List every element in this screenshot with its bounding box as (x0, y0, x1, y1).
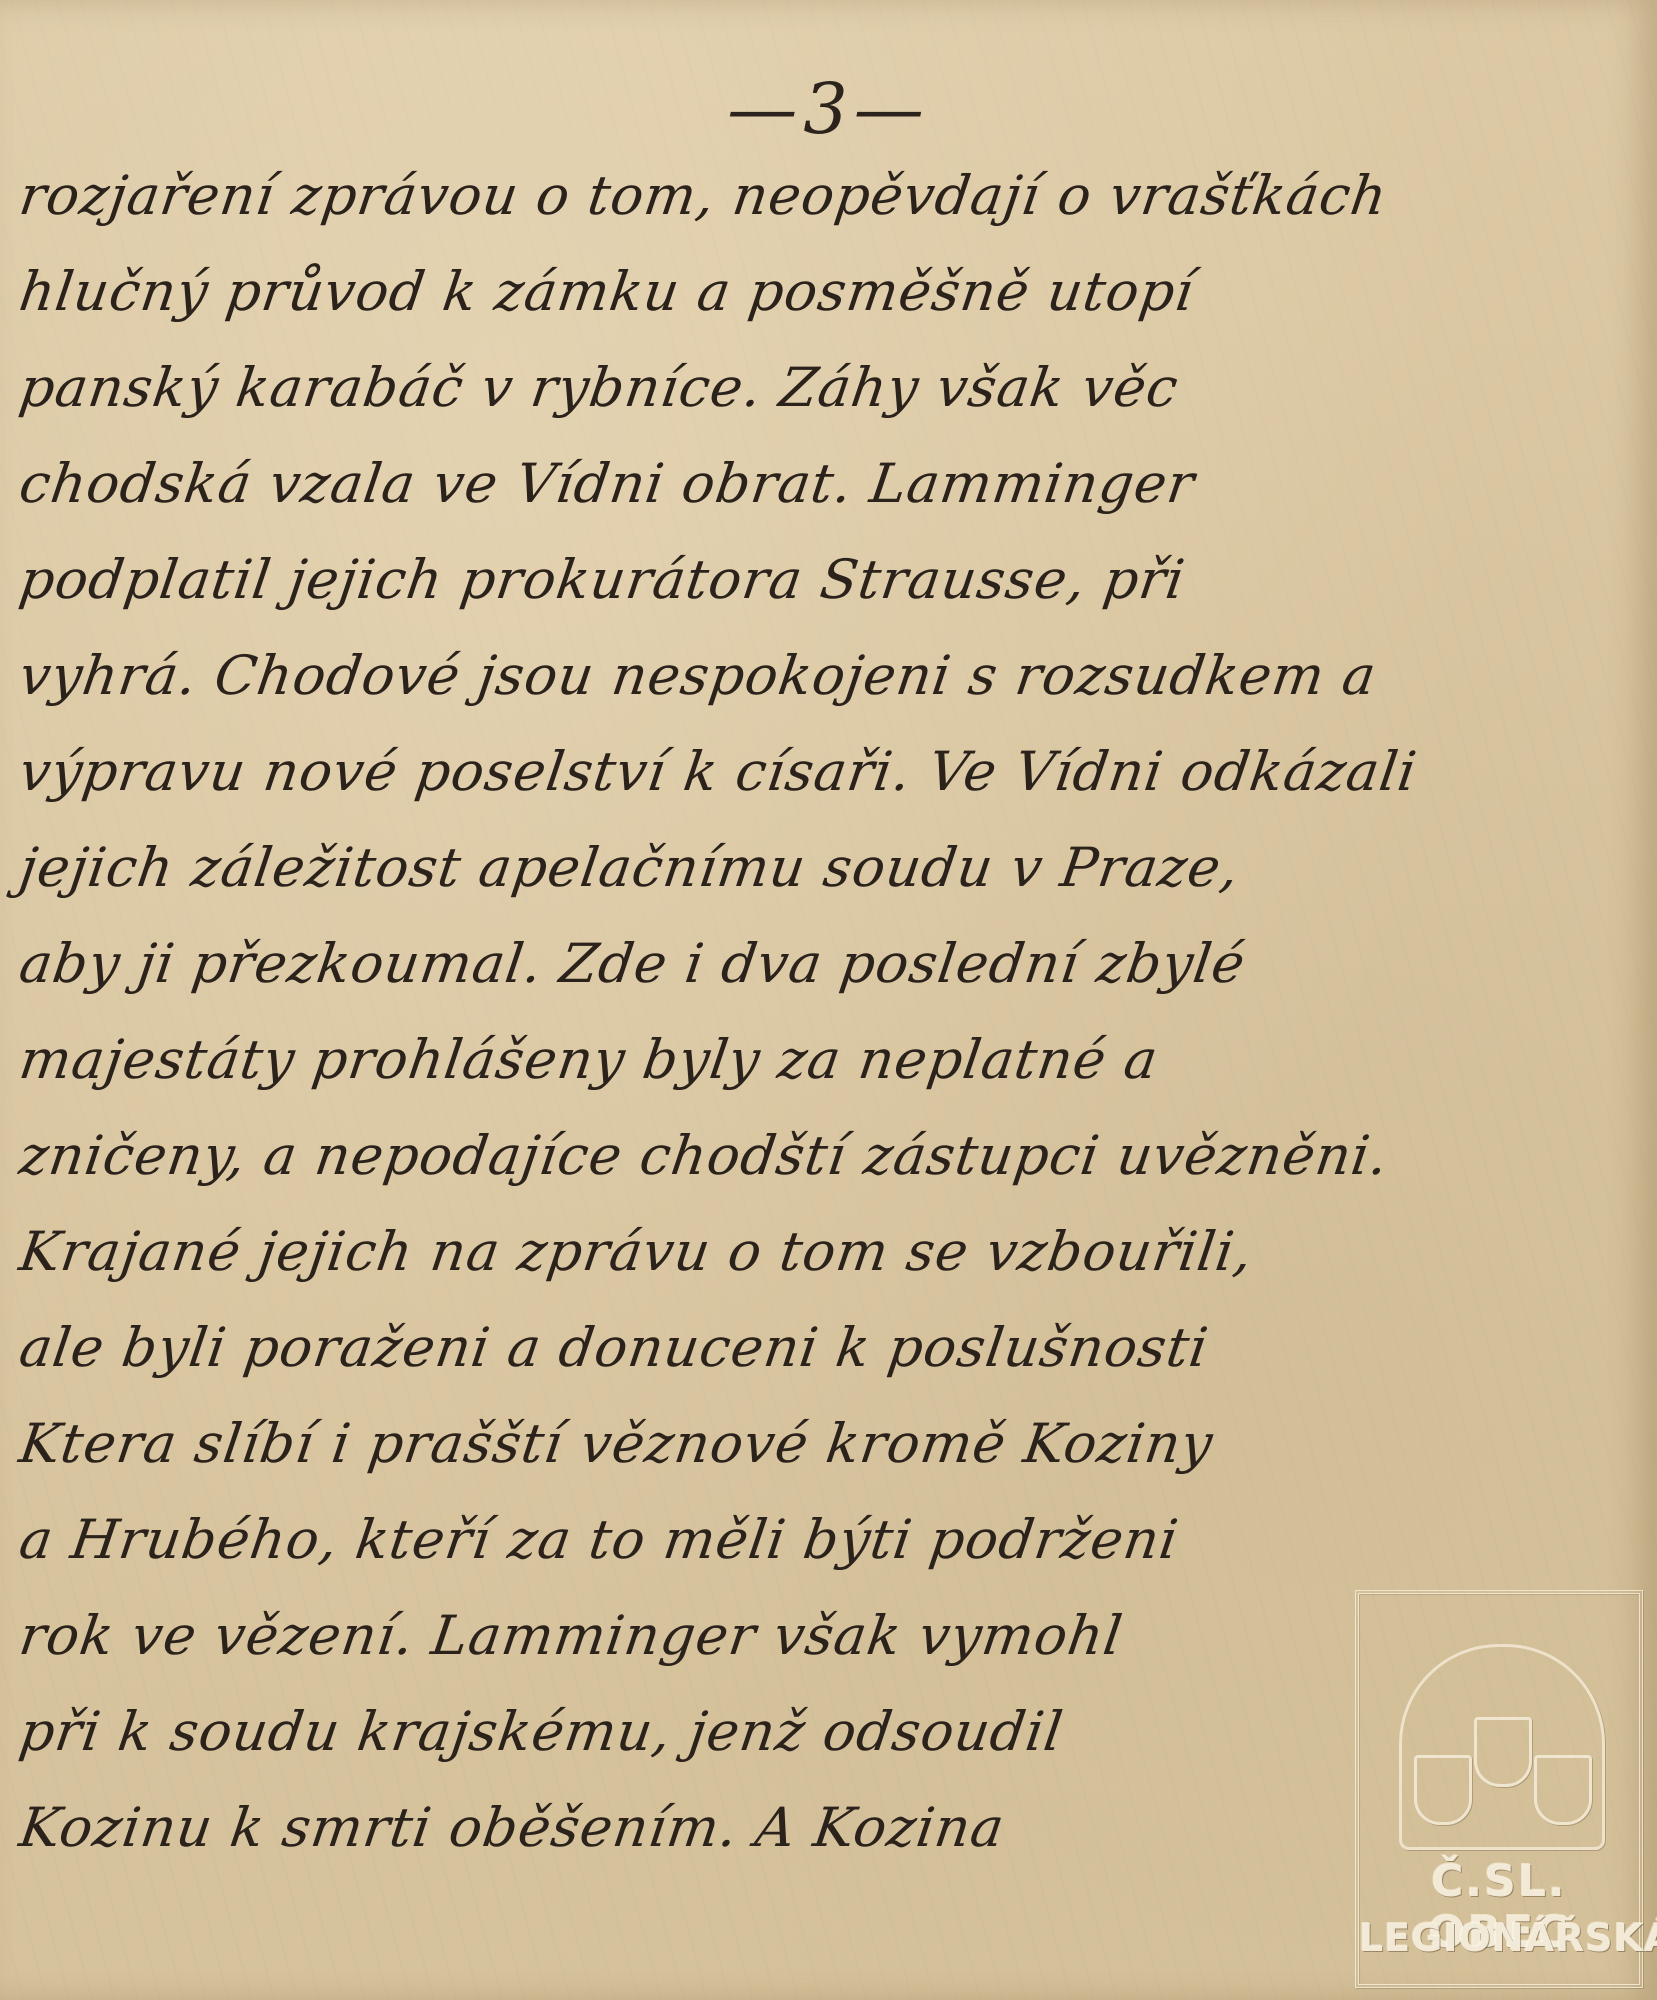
shield-icon (1474, 1717, 1532, 1787)
text-line: chodská vzala ve Vídni obrat. Lamminger (13, 436, 1623, 532)
page-number: —3— (0, 68, 1657, 150)
shield-icon (1414, 1755, 1472, 1825)
text-line: jejich záležitost apelačnímu soudu v Pra… (13, 820, 1623, 916)
text-line: panský karabáč v rybníce. Záhy však věc (13, 340, 1623, 436)
text-line: majestáty prohlášeny byly za neplatné a (13, 1012, 1623, 1108)
text-line: hlučný průvod k zámku a posměšně utopí (13, 244, 1623, 340)
text-line: výpravu nové poselství k císaři. Ve Vídn… (13, 724, 1623, 820)
text-line: podplatil jejich prokurátora Strausse, p… (13, 532, 1623, 628)
legion-stamp: Č.SL. OBEC LEGIONÁŘSKÁ (1355, 1590, 1643, 1988)
emblem-icon (1399, 1644, 1605, 1850)
text-line: zničeny, a nepodajíce chodští zástupci u… (13, 1108, 1623, 1204)
manuscript-page: —3— rozjaření zprávou o tom, neopěvdají … (0, 0, 1657, 2000)
text-line: rozjaření zprávou o tom, neopěvdají o vr… (13, 148, 1623, 244)
stamp-text-line2: LEGIONÁŘSKÁ (1359, 1916, 1639, 1960)
text-line: ale byli poraženi a donuceni k poslušnos… (13, 1300, 1623, 1396)
text-line: aby ji přezkoumal. Zde i dva poslední zb… (13, 916, 1623, 1012)
text-line: vyhrá. Chodové jsou nespokojeni s rozsud… (13, 628, 1623, 724)
text-line: Ktera slíbí i prašští věznové kromě Kozi… (13, 1396, 1623, 1492)
shield-icon (1534, 1755, 1592, 1825)
text-line: a Hrubého, kteří za to měli býti podržen… (13, 1492, 1623, 1588)
text-line: Krajané jejich na zprávu o tom se vzbouř… (13, 1204, 1623, 1300)
